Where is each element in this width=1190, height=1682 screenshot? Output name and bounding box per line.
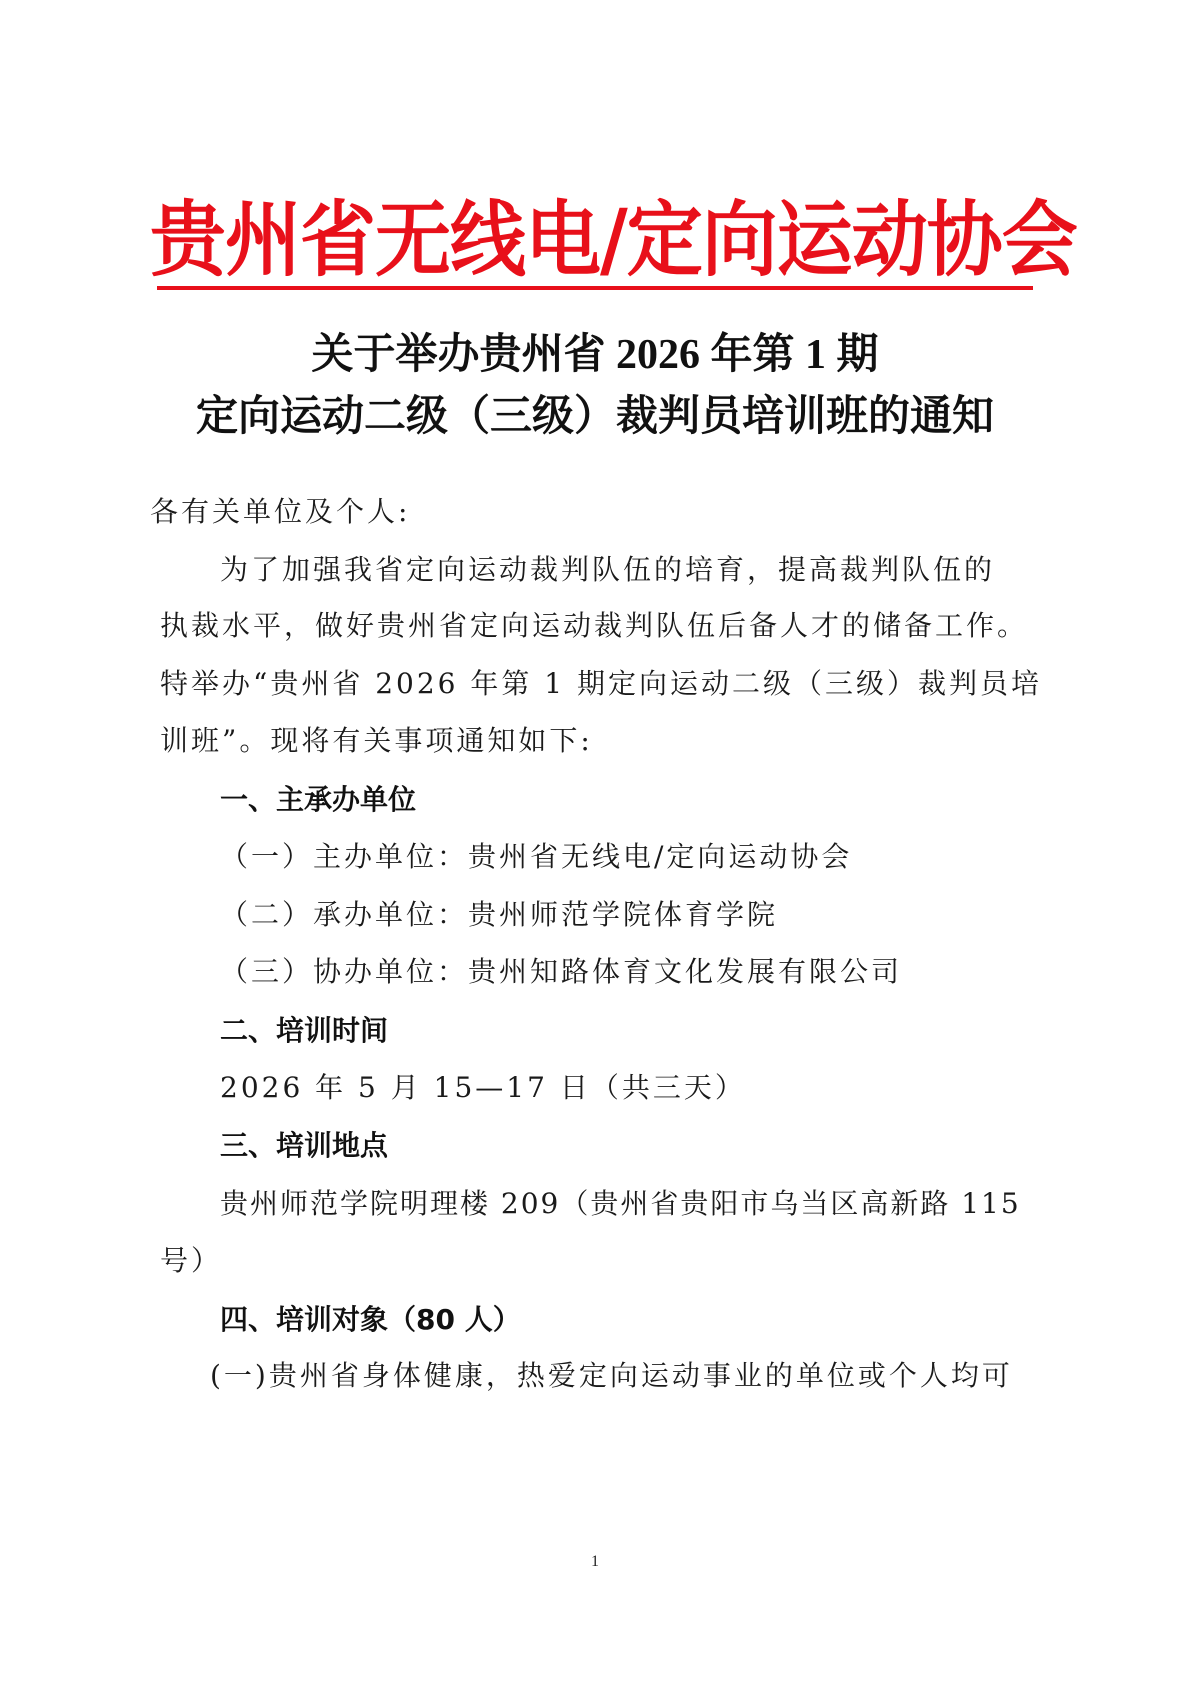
organizer-co-organizer: （三）协办单位：贵州知路体育文化发展有限公司	[220, 952, 902, 992]
intro-line-3: 特举办“贵州省 2026 年第 1 期定向运动二级（三级）裁判员培	[160, 664, 1042, 704]
masthead-red-rule	[157, 286, 1033, 290]
section-heading-organizers: 一、主承办单位	[220, 780, 416, 820]
section-heading-participants: 四、培训对象（80 人）	[220, 1300, 521, 1340]
intro-line-2: 执裁水平，做好贵州省定向运动裁判队伍后备人才的储备工作。	[160, 606, 1028, 646]
masthead-org-name: 贵州省无线电/定向运动协会	[150, 197, 1040, 283]
organizer-host: （一）主办单位：贵州省无线电/定向运动协会	[220, 837, 852, 877]
section-heading-time: 二、培训时间	[220, 1011, 388, 1051]
salutation: 各有关单位及个人:	[150, 492, 410, 532]
page-number: 1	[585, 1553, 605, 1571]
training-location-line-2: 号）	[160, 1241, 222, 1281]
document-title-line-2: 定向运动二级（三级）裁判员培训班的通知	[100, 392, 1090, 442]
training-time: 2026 年 5 月 15—17 日（共三天）	[220, 1068, 746, 1108]
intro-line-1: 为了加强我省定向运动裁判队伍的培育，提高裁判队伍的	[220, 550, 995, 590]
document-page: 贵州省无线电/定向运动协会 关于举办贵州省 2026 年第 1 期 定向运动二级…	[0, 0, 1190, 1682]
organizer-undertaker: （二）承办单位：贵州师范学院体育学院	[220, 895, 778, 935]
intro-line-4: 训班”。现将有关事项通知如下:	[160, 721, 593, 761]
section-heading-location: 三、培训地点	[220, 1126, 388, 1166]
document-title-line-1: 关于举办贵州省 2026 年第 1 期	[100, 330, 1090, 380]
participants-item-1: (一)贵州省身体健康，热爱定向运动事业的单位或个人均可	[210, 1356, 1013, 1396]
training-location-line-1: 贵州师范学院明理楼 209（贵州省贵阳市乌当区高新路 115	[220, 1184, 1021, 1224]
